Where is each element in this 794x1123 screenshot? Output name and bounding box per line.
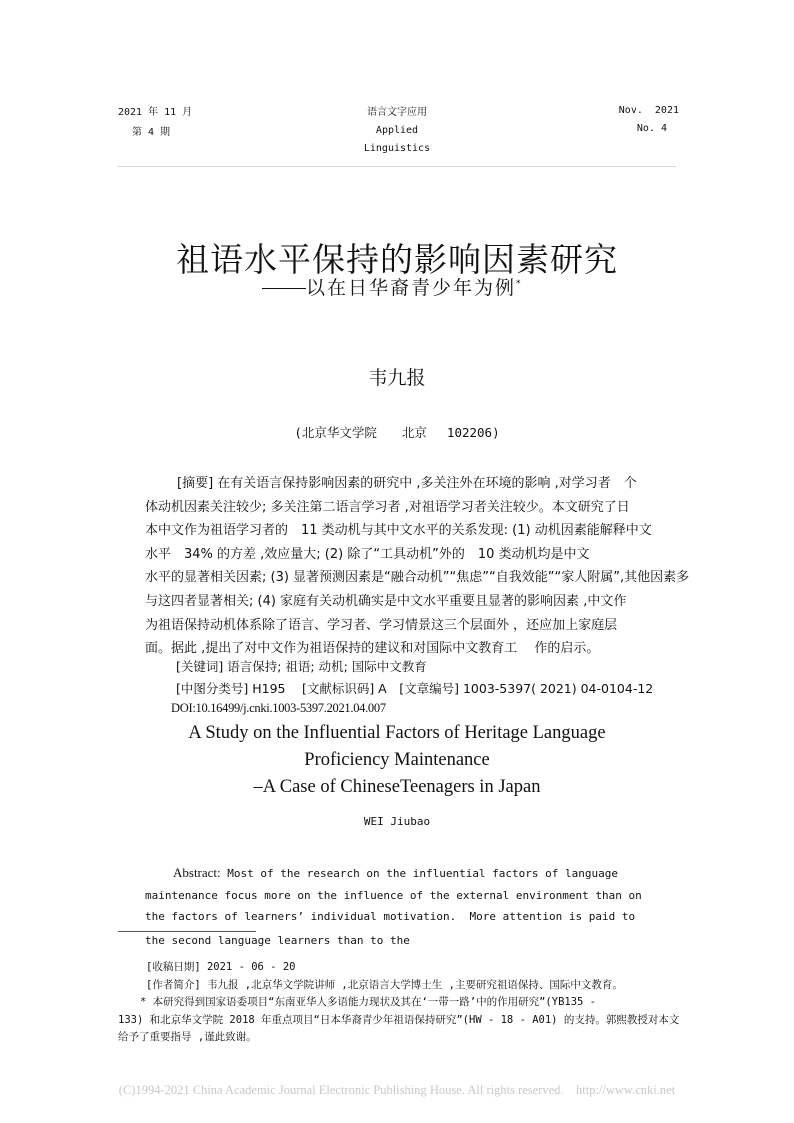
author-affiliation: (北京华文学院 北京 102206) — [0, 424, 794, 442]
abstract-en-line: Most of the research on the influential … — [221, 867, 618, 880]
abstract-cn-line: 为祖语保持动机体系除了语言、学习者、学习情景这三个层面外 ，还应加上家庭层 — [145, 614, 660, 638]
abstract-en-line: the factors of learners’ individual moti… — [145, 906, 645, 928]
footnote-marker: * — [516, 279, 523, 289]
header-center: 语言文字应用 Applied Linguistics — [300, 106, 494, 160]
abstract-cn-line: 水平 34% 的方差 ,效应量大; (2) 除了“工具动机”外的 10 类动机均… — [145, 543, 660, 567]
classification-codes: [中图分类号] H195 [文献标识码] A [文章编号] 1003-5397(… — [176, 678, 653, 700]
abstract-cn: [摘要] 在有关语言保持影响因素的研究中 ,多关注外在环境的影响 ,对学习者 个… — [145, 472, 660, 661]
journal-name-cn: 语言文字应用 — [300, 106, 494, 120]
footnote-funding: * 本研究得到国家语委项目“东南亚华人多语能力现状及其在‘一带一路’中的作用研究… — [118, 994, 688, 1012]
footnote-received: [收稿日期] 2021 - 06 - 20 — [118, 959, 688, 977]
header-date-en: Nov. 2021 — [619, 104, 679, 118]
header-right: Nov. 2021 No. 4 — [619, 104, 679, 136]
title-en-line-1: A Study on the Influential Factors of He… — [0, 720, 794, 747]
copyright-watermark: (C)1994-2021 China Academic Journal Elec… — [0, 1083, 794, 1098]
abstract-cn-line: [摘要] 在有关语言保持影响因素的研究中 ,多关注外在环境的影响 ,对学习者 个 — [145, 472, 660, 496]
footnote-divider — [118, 931, 256, 932]
author-name-en: WEI Jiubao — [0, 815, 794, 829]
journal-name-en-2: Linguistics — [300, 142, 494, 156]
header-date-cn: 2021 年 11 月 — [118, 106, 192, 120]
journal-name-en-1: Applied — [300, 124, 494, 138]
abstract-cn-line: 水平的显著相关因素; (3) 显著预测因素是“融合动机”“焦虑”“自我效能”“家… — [145, 566, 660, 590]
subtitle-text: 以在日华裔青少年为例 — [306, 277, 516, 299]
title-en-line-2: Proficiency Maintenance — [0, 747, 794, 774]
keywords: [关键词] 语言保持; 祖语; 动机; 国际中文教育 — [176, 656, 427, 678]
footnote-funding: 给予了重要指导 ,谨此致谢。 — [118, 1029, 688, 1047]
abstract-en-continuation: the second language learners than to the — [145, 933, 410, 949]
abstract-en-label: Abstract: — [145, 865, 221, 880]
title-en: A Study on the Influential Factors of He… — [0, 720, 794, 801]
footnotes: [收稿日期] 2021 - 06 - 20 [作者简介] 韦九报 ,北京华文学院… — [118, 959, 688, 1047]
footnote-funding: 133) 和北京华文学院 2018 年重点项目“日本华裔青少年祖语保持研究”(H… — [118, 1012, 688, 1030]
abstract-cn-line: 本中文作为祖语学习者的 11 类动机与其中文水平的关系发现: (1) 动机因素能… — [145, 519, 660, 543]
footnote-author-bio: [作者简介] 韦九报 ,北京华文学院讲师 ,北京语言大学博士生 ,主要研究祖语保… — [118, 977, 688, 995]
em-dash — [262, 288, 306, 290]
header-left: 2021 年 11 月 第 4 期 — [118, 106, 192, 140]
abstract-en-line: maintenance focus more on the influence … — [145, 885, 645, 907]
header-issue-cn: 第 4 期 — [118, 126, 192, 140]
abstract-en: Abstract: Most of the research on the in… — [145, 862, 645, 928]
title-en-line-3: –A Case of ChineseTeenagers in Japan — [0, 774, 794, 801]
doi: DOI:10.16499/j.cnki.1003-5397.2021.04.00… — [171, 699, 386, 717]
paper-title: 祖语水平保持的影响因素研究 — [0, 240, 794, 280]
abstract-cn-line: 体动机因素关注较少; 多关注第二语言学习者 ,对祖语学习者关注较少。本文研究了日 — [145, 496, 660, 520]
author-name: 韦九报 — [0, 365, 794, 391]
header-divider — [118, 166, 676, 167]
header-issue-en: No. 4 — [619, 122, 679, 136]
abstract-cn-line: 与这四者显著相关; (4) 家庭有关动机确实是中文水平重要且显著的影响因素 ,中… — [145, 590, 660, 614]
paper-subtitle: 以在日华裔青少年为例* — [262, 276, 523, 300]
